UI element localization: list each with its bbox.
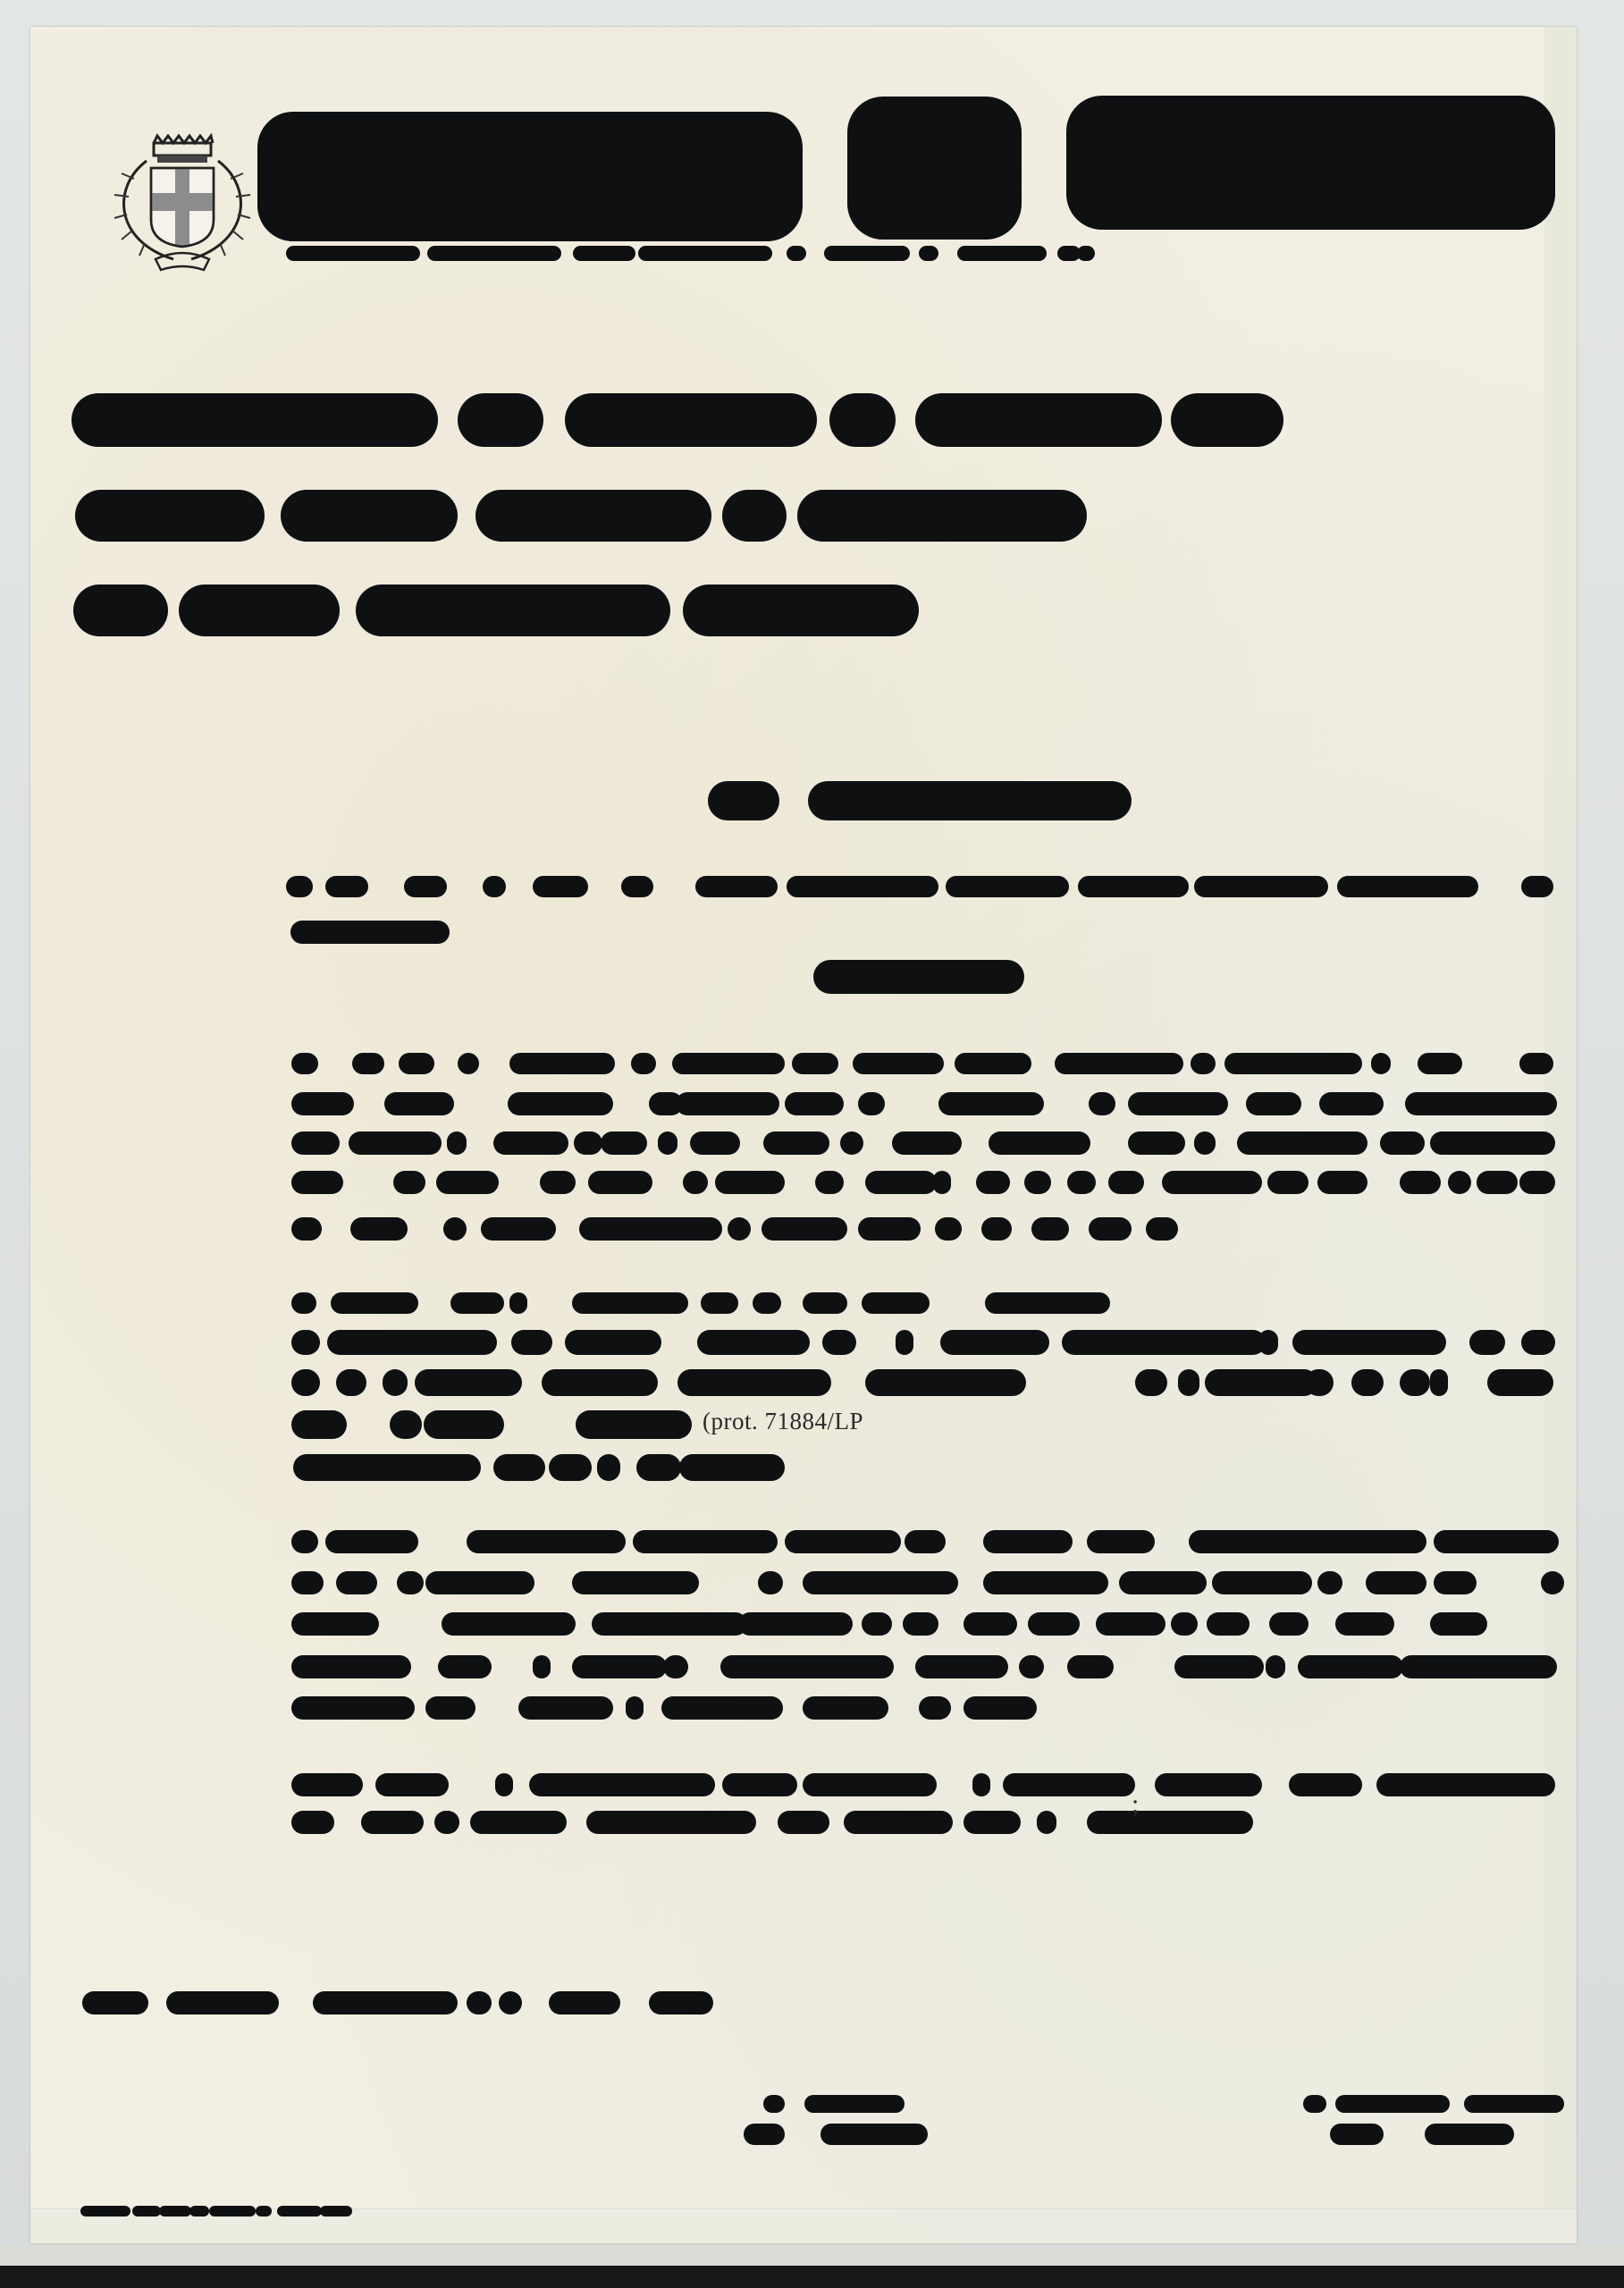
redaction-bar: [104, 2206, 130, 2216]
redaction-bar: [179, 585, 340, 636]
redaction-bar: [697, 1330, 810, 1355]
redaction-bar: [1067, 1655, 1114, 1678]
redaction-bar: [658, 1131, 677, 1155]
redaction-bar: [533, 1655, 551, 1678]
redaction-bar: [963, 1696, 1037, 1720]
redaction-bar: [1119, 1571, 1207, 1594]
redaction-bar: [447, 1131, 467, 1155]
redaction-bar: [1194, 876, 1328, 897]
redaction-bar: [404, 876, 447, 897]
redaction-bar: [291, 1369, 320, 1396]
redaction-bar: [533, 876, 588, 897]
redaction-bar: [1089, 1092, 1115, 1115]
redaction-bar: [701, 1292, 738, 1314]
redaction-bar: [1003, 1773, 1135, 1796]
redaction-bar: [722, 490, 787, 542]
redaction-bar: [508, 1092, 613, 1115]
redaction-bar: [356, 585, 670, 636]
redaction-bar: [1541, 1571, 1564, 1594]
redaction-bar: [1155, 1773, 1262, 1796]
redaction-bar: [631, 1053, 656, 1074]
redaction-bar: [549, 1454, 592, 1481]
redaction-bar: [840, 1131, 863, 1155]
redaction-bar: [291, 1171, 343, 1194]
redaction-bar: [989, 1131, 1090, 1155]
redaction-bar: [291, 1530, 318, 1553]
redaction-bar: [427, 246, 561, 261]
redaction-bar: [983, 1530, 1073, 1553]
redaction-bar: [75, 490, 265, 542]
redaction-bar: [865, 1171, 937, 1194]
redaction-bar: [336, 1369, 366, 1396]
redaction-bar: [1174, 1655, 1264, 1678]
redaction-bar: [1425, 2124, 1514, 2145]
redaction-bar: [787, 246, 806, 261]
redaction-bar: [1380, 1131, 1425, 1155]
redaction-bar: [159, 2206, 191, 2216]
redaction-bar: [858, 1217, 921, 1241]
redaction-bar: [434, 1811, 459, 1834]
redaction-bar: [1292, 1330, 1446, 1355]
redaction-bar: [529, 1773, 715, 1796]
redaction-bar: [277, 2206, 322, 2216]
redaction-bar: [291, 1811, 334, 1834]
redaction-bar: [458, 1053, 479, 1074]
redaction-bar: [919, 1696, 951, 1720]
redaction-bar: [424, 1410, 504, 1439]
redaction-bar: [291, 1655, 411, 1678]
redaction-bar: [189, 2206, 209, 2216]
redaction-bar: [1434, 1571, 1477, 1594]
redaction-bar: [518, 1696, 613, 1720]
redaction-bar: [621, 876, 653, 897]
redaction-bar: [415, 1369, 522, 1396]
redaction-bar: [1067, 1171, 1096, 1194]
redaction-bar: [1337, 876, 1478, 897]
coat-of-arms-crest-icon: [102, 125, 263, 282]
redaction-bar: [574, 1131, 602, 1155]
redaction-bar: [1400, 1655, 1557, 1678]
redaction-bar: [715, 1171, 785, 1194]
redaction-bar: [915, 393, 1162, 447]
redaction-bar: [633, 1530, 778, 1553]
redaction-bar: [256, 2206, 272, 2216]
redaction-bar: [797, 490, 1087, 542]
redaction-bar: [1237, 1131, 1367, 1155]
redaction-bar: [972, 1773, 990, 1796]
redaction-bar: [1207, 1612, 1250, 1636]
redaction-bar: [1430, 1612, 1487, 1636]
redaction-bar: [327, 1330, 497, 1355]
redaction-bar: [291, 1053, 318, 1074]
redaction-bar: [720, 1655, 894, 1678]
redaction-bar: [493, 1131, 568, 1155]
redaction-bar: [325, 1530, 418, 1553]
redaction-bar: [483, 876, 506, 897]
redaction-bar: [933, 1171, 951, 1194]
redaction-bar: [1224, 1053, 1362, 1074]
redaction-bar: [1078, 876, 1189, 897]
redaction-bar: [905, 1530, 946, 1553]
redaction-bar: [290, 921, 450, 944]
redaction-bar: [572, 1571, 699, 1594]
redaction-bar: [540, 1171, 576, 1194]
redaction-bar: [724, 1369, 831, 1396]
redaction-bar: [1430, 1131, 1555, 1155]
redaction-bar: [481, 1217, 556, 1241]
redaction-bar: [785, 1092, 844, 1115]
redaction-bar: [320, 2206, 352, 2216]
redaction-bar: [1258, 1330, 1278, 1355]
redaction-bar: [1266, 1655, 1285, 1678]
redaction-bar: [1146, 1217, 1178, 1241]
redaction-bar: [1487, 1369, 1553, 1396]
redaction-bar: [853, 1053, 944, 1074]
redaction-bar: [1171, 1612, 1198, 1636]
redaction-bar: [1246, 1092, 1301, 1115]
redaction-bar: [1521, 876, 1553, 897]
redaction-bar: [467, 1991, 492, 2015]
redaction-bar: [844, 1811, 953, 1834]
redaction-bar: [1135, 1369, 1167, 1396]
redaction-bar: [1298, 1655, 1403, 1678]
redaction-bar: [576, 1410, 692, 1439]
redaction-bar: [976, 1369, 1012, 1396]
redaction-bar: [804, 2095, 905, 2113]
redaction-bar: [1303, 2095, 1326, 2113]
redaction-bar: [728, 1217, 751, 1241]
redaction-bar: [1289, 1773, 1362, 1796]
redaction-bar: [1521, 1330, 1555, 1355]
redaction-bar: [896, 1330, 913, 1355]
redaction-bar: [166, 1991, 279, 2015]
redaction-bar: [1194, 1131, 1216, 1155]
redaction-bar: [493, 1454, 545, 1481]
redaction-bar: [803, 1292, 847, 1314]
redaction-bar: [293, 1454, 481, 1481]
redaction-bar: [892, 1131, 962, 1155]
redaction-bar: [73, 585, 168, 636]
redaction-bar: [1028, 1612, 1080, 1636]
redaction-bar: [450, 1292, 504, 1314]
redaction-bar: [336, 1571, 377, 1594]
redaction-bar: [976, 1171, 1010, 1194]
redaction-bar: [572, 1292, 688, 1314]
header-redaction-block: [257, 112, 803, 241]
redaction-bar: [803, 1773, 937, 1796]
redaction-bar: [1019, 1655, 1044, 1678]
redaction-bar: [858, 1092, 885, 1115]
redaction-bar: [862, 1612, 892, 1636]
redaction-bar: [1212, 1571, 1312, 1594]
redaction-bar: [683, 1171, 708, 1194]
redaction-bar: [672, 1053, 785, 1074]
redaction-bar: [291, 1773, 363, 1796]
redaction-bar: [1376, 1773, 1555, 1796]
redaction-bar: [572, 1655, 667, 1678]
redaction-bar: [985, 1292, 1110, 1314]
redaction-bar: [1400, 1171, 1441, 1194]
redaction-bar: [1317, 1171, 1367, 1194]
redaction-bar: [361, 1811, 424, 1834]
redaction-bar: [291, 1292, 316, 1314]
redaction-bar: [1089, 1217, 1132, 1241]
redaction-bar: [436, 1171, 499, 1194]
redaction-bar: [291, 1612, 379, 1636]
redaction-bar: [649, 1991, 713, 2015]
redaction-bar: [467, 1530, 626, 1553]
redaction-bar: [1077, 246, 1095, 261]
redaction-bar: [601, 1131, 647, 1155]
redaction-bar: [383, 1369, 408, 1396]
redaction-bar: [209, 2206, 256, 2216]
redaction-bar: [325, 876, 368, 897]
redaction-bar: [397, 1571, 424, 1594]
redaction-bar: [1087, 1811, 1253, 1834]
redaction-bar: [785, 1530, 901, 1553]
redaction-bar: [1469, 1330, 1505, 1355]
redaction-bar: [286, 876, 313, 897]
redaction-bar: [758, 1571, 783, 1594]
redaction-bar: [350, 1217, 408, 1241]
redaction-bar: [963, 1612, 1017, 1636]
redaction-bar: [390, 1410, 422, 1439]
redaction-bar: [597, 1454, 620, 1481]
redaction-bar: [393, 1171, 425, 1194]
redaction-bar: [573, 246, 635, 261]
redaction-bar: [1335, 2095, 1450, 2113]
redaction-bar: [1335, 1612, 1394, 1636]
redaction-bar: [663, 1655, 688, 1678]
redaction-bar: [820, 2124, 928, 2145]
redaction-bar: [291, 1330, 320, 1355]
redaction-bar: [313, 1991, 458, 2015]
redaction-bar: [331, 1292, 418, 1314]
redaction-bar: [458, 393, 543, 447]
redaction-bar: [1366, 1571, 1426, 1594]
redaction-bar: [1430, 1369, 1448, 1396]
redaction-bar: [132, 2206, 161, 2216]
redaction-bar: [399, 1053, 434, 1074]
redaction-bar: [787, 876, 938, 897]
redaction-bar: [753, 1292, 781, 1314]
redaction-bar: [1031, 1217, 1069, 1241]
redaction-bar: [903, 1612, 938, 1636]
redaction-bar: [1162, 1171, 1262, 1194]
redaction-bar: [1128, 1092, 1228, 1115]
redaction-bar: [442, 1612, 576, 1636]
redaction-bar: [425, 1571, 534, 1594]
redaction-bar: [291, 1696, 415, 1720]
redaction-bar: [384, 1092, 454, 1115]
redaction-bar: [626, 1696, 644, 1720]
redaction-bar: [475, 490, 711, 542]
redaction-bar: [792, 1053, 838, 1074]
redaction-bar: [1400, 1369, 1430, 1396]
redaction-bar: [1371, 1053, 1391, 1074]
redaction-bar: [1276, 1530, 1426, 1553]
redaction-bar: [72, 393, 438, 447]
redaction-bar: [935, 1217, 962, 1241]
redaction-bar: [803, 1696, 888, 1720]
redaction-bar: [443, 1217, 467, 1241]
redaction-bar: [286, 246, 420, 261]
redaction-bar: [1037, 1811, 1056, 1834]
redaction-bar: [862, 1292, 930, 1314]
display-base: [0, 2266, 1624, 2288]
redaction-bar: [1108, 1171, 1144, 1194]
redaction-bar: [963, 1811, 1021, 1834]
redaction-bar: [588, 1171, 652, 1194]
semicolon-text: ;: [1132, 1789, 1140, 1820]
redaction-bar: [983, 1571, 1108, 1594]
redaction-bar: [762, 1217, 847, 1241]
redaction-bar: [676, 1092, 779, 1115]
document-sheet: (prot. 71884/LP ;: [30, 27, 1577, 2243]
redaction-bar: [1178, 1369, 1199, 1396]
redaction-bar: [1130, 1330, 1266, 1355]
redaction-bar: [708, 781, 779, 820]
redaction-bar: [291, 1217, 322, 1241]
redaction-bar: [1267, 1171, 1308, 1194]
redaction-bar: [1330, 2124, 1384, 2145]
redaction-bar: [1418, 1053, 1462, 1074]
redaction-bar: [291, 1571, 324, 1594]
redaction-bar: [815, 1171, 844, 1194]
redaction-bar: [565, 393, 817, 447]
redaction-bar: [425, 1696, 475, 1720]
redaction-bar: [1317, 1571, 1342, 1594]
redaction-bar: [1405, 1092, 1557, 1115]
redaction-bar: [1464, 2095, 1564, 2113]
redaction-bar: [470, 1811, 567, 1834]
redaction-bar: [824, 246, 910, 261]
redaction-bar: [946, 876, 1069, 897]
redaction-bar: [738, 1612, 853, 1636]
redaction-bar: [352, 1053, 384, 1074]
redaction-bar: [1434, 1530, 1559, 1553]
redaction-bar: [375, 1773, 449, 1796]
redaction-bar: [565, 1330, 661, 1355]
redaction-bar: [1351, 1369, 1384, 1396]
redaction-bar: [291, 1410, 347, 1439]
redaction-bar: [1055, 1053, 1183, 1074]
redaction-bar: [690, 1131, 740, 1155]
redaction-bar: [1205, 1369, 1317, 1396]
redaction-bar: [291, 1092, 354, 1115]
redaction-bar: [763, 2095, 785, 2113]
redaction-bar: [1024, 1171, 1051, 1194]
redaction-bar: [509, 1053, 615, 1074]
redaction-bar: [829, 393, 896, 447]
redaction-bar: [1269, 1612, 1308, 1636]
redaction-bar: [1087, 1530, 1155, 1553]
redaction-bar: [586, 1811, 756, 1834]
redaction-bar: [636, 1454, 681, 1481]
redaction-bar: [495, 1773, 513, 1796]
redaction-bar: [981, 1217, 1012, 1241]
redaction-bar: [1191, 1053, 1216, 1074]
redaction-bar: [1519, 1171, 1555, 1194]
redaction-bar: [1477, 1171, 1518, 1194]
redaction-bar: [592, 1612, 747, 1636]
redaction-bar: [511, 1330, 552, 1355]
redaction-bar: [542, 1369, 658, 1396]
protocol-number-text: (prot. 71884/LP: [703, 1408, 863, 1435]
header-redaction-block: [1066, 96, 1555, 230]
redaction-bar: [638, 246, 772, 261]
redaction-bar: [549, 1991, 620, 2015]
redaction-bar: [82, 1991, 148, 2015]
redaction-bar: [915, 1655, 1008, 1678]
redaction-bar: [1519, 1053, 1553, 1074]
redaction-bar: [813, 960, 1024, 994]
redaction-bar: [438, 1655, 492, 1678]
redaction-bar: [778, 1811, 829, 1834]
redaction-bar: [955, 1053, 1031, 1074]
header-redaction-block: [847, 97, 1022, 240]
redaction-bar: [722, 1773, 797, 1796]
redaction-bar: [281, 490, 458, 542]
redaction-bar: [579, 1217, 722, 1241]
redaction-bar: [1128, 1131, 1185, 1155]
redaction-bar: [695, 876, 778, 897]
redaction-bar: [957, 246, 1047, 261]
redaction-bar: [1171, 393, 1283, 447]
redaction-bar: [509, 1292, 527, 1314]
redaction-bar: [1319, 1092, 1384, 1115]
redaction-bar: [803, 1571, 958, 1594]
redaction-bar: [938, 1092, 1044, 1115]
redaction-bar: [1448, 1171, 1471, 1194]
redaction-bar: [349, 1131, 442, 1155]
redaction-bar: [822, 1330, 856, 1355]
redaction-bar: [679, 1454, 785, 1481]
redaction-bar: [763, 1131, 829, 1155]
display-ledge: [0, 2243, 1624, 2268]
redaction-bar: [661, 1696, 783, 1720]
redaction-bar: [1305, 1369, 1334, 1396]
redaction-bar: [1010, 1330, 1049, 1355]
redaction-bar: [683, 585, 919, 636]
redaction-bar: [1096, 1612, 1165, 1636]
redaction-bar: [919, 246, 938, 261]
redaction-bar: [808, 781, 1132, 820]
redaction-bar: [499, 1991, 522, 2015]
redaction-bar: [291, 1131, 340, 1155]
redaction-bar: [744, 2124, 785, 2145]
